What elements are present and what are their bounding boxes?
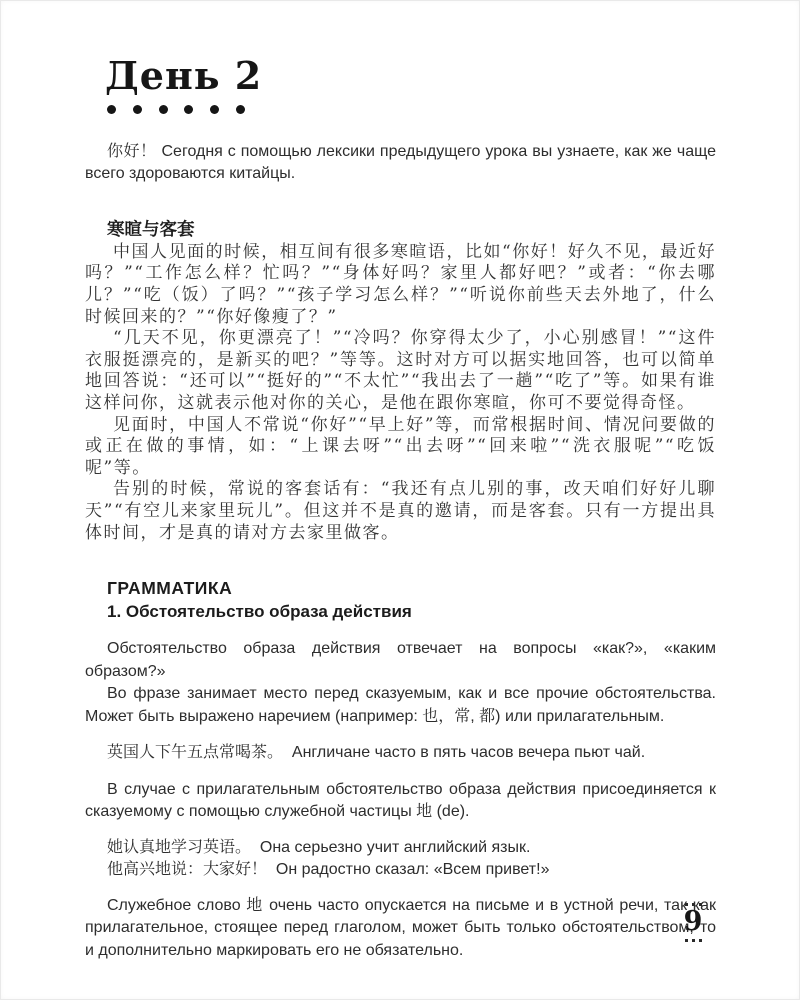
page-content: День 2 你好！ Сегодня с помощью лексики пре…	[85, 0, 716, 962]
page-marker-dot	[699, 939, 702, 942]
title-dot	[236, 105, 245, 114]
title-dot	[133, 105, 142, 114]
grammar-subheading: 1. Обстоятельство образа действия	[107, 602, 716, 622]
grammar-example-pair: 她认真地学习英语。 Она серьезно учит английский я…	[107, 837, 716, 882]
grammar-section: ГРАММАТИКА 1. Обстоятельство образа дейс…	[85, 578, 716, 962]
title-dot	[184, 105, 193, 114]
page-marker-dot	[692, 939, 695, 942]
intro-paragraph: 你好！ Сегодня с помощью лексики предыдущег…	[85, 141, 716, 186]
grammar-paragraph-1: Обстоятельство образа действия отвечает …	[85, 638, 716, 683]
grammar-example-greeting: 他高兴地说：大家好！ Он радостно сказал: «Всем при…	[107, 859, 716, 882]
grammar-paragraph-2: Во фразе занимает место перед сказуемым,…	[85, 683, 716, 728]
title-dot	[159, 105, 168, 114]
page-number: 9	[684, 907, 703, 937]
grammar-heading: ГРАММАТИКА	[107, 578, 716, 599]
grammar-paragraph-4: Служебное слово 地 очень часто опускается…	[85, 895, 716, 963]
book-page: День 2 你好！ Сегодня с помощью лексики пре…	[0, 0, 800, 1000]
title-dot	[210, 105, 219, 114]
grammar-example-tea: 英国人下午五点常喝茶。 Англичане часто в пять часов…	[107, 742, 716, 765]
chinese-paragraph-3: 见面时，中国人不常说“你好”“早上好”等，而常根据时间、情况问要做的或正在做的事…	[85, 415, 716, 480]
title-dot	[107, 105, 116, 114]
page-number-block: 9	[668, 901, 718, 943]
chinese-paragraph-1: 中国人见面的时候，相互间有很多寒暄语，比如“你好！好久不见，最近好吗？”“工作怎…	[85, 242, 716, 328]
title-dots-decoration	[107, 105, 245, 114]
small-talk-heading: 寒暄与客套	[107, 216, 716, 241]
grammar-paragraph-3: В случае с прилагательным обстоятельство…	[85, 779, 716, 824]
small-talk-section: 寒暄与客套 中国人见面的时候，相互间有很多寒暄语，比如“你好！好久不见，最近好吗…	[85, 216, 716, 544]
page-number-dots-bottom	[685, 937, 702, 943]
grammar-example-study: 她认真地学习英语。 Она серьезно учит английский я…	[107, 837, 716, 860]
page-title: День 2	[105, 56, 716, 96]
page-marker-dot	[685, 939, 688, 942]
chinese-paragraph-2: “几天不见，你更漂亮了！”“冷吗？你穿得太少了，小心别感冒！”“这件衣服挺漂亮的…	[85, 328, 716, 414]
chinese-paragraph-4: 告别的时候，常说的客套话有：“我还有点儿别的事，改天咱们好好儿聊天”“有空儿来家…	[85, 479, 716, 544]
